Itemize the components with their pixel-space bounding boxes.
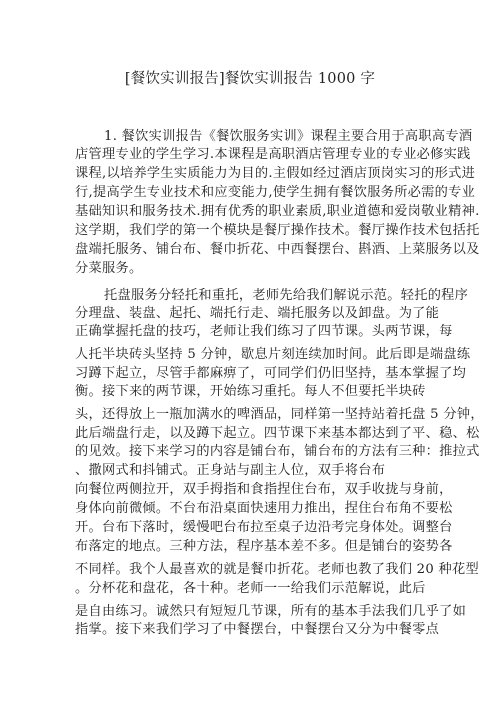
paragraph-line: 不同样。我个人最喜欢的就是餐巾折花。老师也教了我们 20 种花型 xyxy=(75,561,479,579)
paragraph-line: 、撒网式和抖铺式。正身站与副主人位，双手将台布 xyxy=(75,462,385,480)
paragraph-line: 头，还得放上一瓶加满水的啤酒品，同样第一坚持站着托盘 5 分钟， xyxy=(75,406,484,424)
paragraph-line: 正确掌握托盘的技巧，老师让我们练习了四节课。头两节课，每 xyxy=(75,323,453,341)
paragraph-line: 布落定的地点。三种方法，程序基本差不多。但是铺台的姿势各 xyxy=(75,538,453,556)
paragraph-line: 身体向前微倾。不台布沿桌面快速用力推出，捏住台布角不要松 xyxy=(75,500,453,518)
paragraph-line: 1. 餐饮实训报告《餐饮服务实训》课程主要合用于高职高专酒 xyxy=(104,128,472,146)
paragraph-line: 行,提高学生专业技术和应变能力,使学生拥有餐饮服务所必需的专业 xyxy=(75,184,423,202)
document-page: [餐饮实训报告]餐饮实训报告 1000 字 1. 餐饮实训报告《餐饮服务实训》课… xyxy=(0,0,500,708)
document-title: [餐饮实训报告]餐饮实训报告 1000 字 xyxy=(0,69,500,89)
paragraph-line: 向餐位两侧拉开，双手拇指和食指捏住台布，双手收拢与身前， xyxy=(75,481,453,499)
paragraph-line: 开。台布下落时，缓慢吧台布拉至桌子边沿考完身体处。调整台 xyxy=(75,519,453,537)
paragraph-line: 此后端盘行走，以及蹲下起立。四节课下来基本都达到了平、稳、松 xyxy=(75,425,480,443)
paragraph-line: 课程,以培养学生实质能力为目的.主假如经过酒店顶岗实习的形式进 xyxy=(75,165,423,183)
paragraph-line: 分菜服务。 xyxy=(75,260,142,278)
paragraph-line: 分理盘、装盘、起托、端托行走、端托服务以及卸盘。为了能 xyxy=(75,305,439,323)
paragraph-line: 指掌。接下来我们学习了中餐摆台，中餐摆台又分为中餐零点 xyxy=(75,621,439,639)
paragraph-line: 是自由练习。诚然只有短短几节课，所有的基本手法我们几乎了如 xyxy=(75,603,466,621)
paragraph-line: 托盘服务分轻托和重托，老师先给我们解说示范。轻托的程序 xyxy=(104,287,468,305)
paragraph-line: 的见效。接下来学习的内容是铺台布，铺台布的方法有三种：推拉式 xyxy=(75,443,480,461)
paragraph-line: 盘端托服务、铺台布、餐巾折花、中西餐摆台、斟酒、上菜服务以及 xyxy=(75,241,423,259)
paragraph-line: 店管理专业的学生学习.本课程是高职酒店管理专业的专业必修实践 xyxy=(75,146,423,164)
paragraph-line: 习蹲下起立，尽管手都麻痹了，可同学们仍旧坚持，基本掌握了均 xyxy=(75,365,466,383)
paragraph-line: 人托半块砖头坚持 5 分钟，歇息片刻连续加时间。此后即是端盘练 xyxy=(75,346,470,364)
paragraph-line: 。分杯花和盘花，各十种。老师一一给我们示范解说，此后 xyxy=(75,580,426,598)
paragraph-line: 这学期，我们学的第一个模块是餐厅操作技术。餐厅操作技术包括托 xyxy=(75,222,423,240)
paragraph-line: 基础知识和服务技术.拥有优秀的职业素质,职业道德和爱岗敬业精神. xyxy=(75,203,423,221)
paragraph-line: 衡。接下来的两节课，开始练习重托。每人不但要托半块砖 xyxy=(75,383,426,401)
